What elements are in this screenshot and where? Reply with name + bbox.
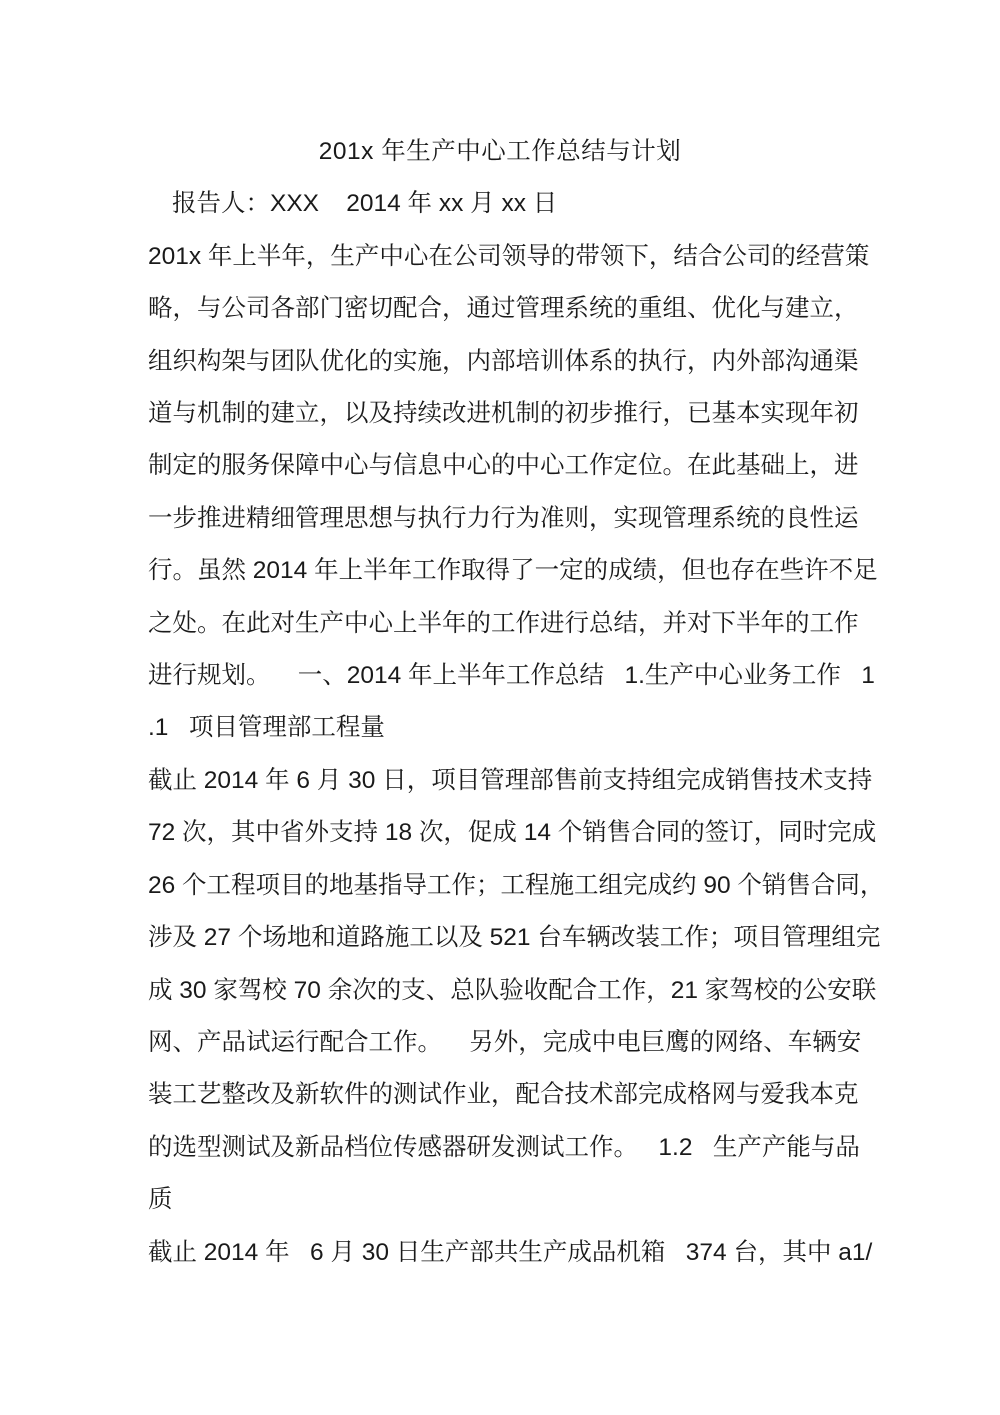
text-line: 截止 2014 年 6 月 30 日生产部共生产成品机箱 374 台，其中 a1… bbox=[148, 1227, 852, 1279]
text-line: 质 bbox=[148, 1174, 852, 1226]
text-line: 成 30 家驾校 70 余次的支、总队验收配合工作，21 家驾校的公安联 bbox=[148, 965, 852, 1017]
text-line: 道与机制的建立，以及持续改进机制的初步推行，已基本实现年初 bbox=[148, 388, 852, 440]
text-line: 涉及 27 个场地和道路施工以及 521 台车辆改装工作；项目管理组完 bbox=[148, 912, 852, 964]
text-line: 组织构架与团队优化的实施，内部培训体系的执行，内外部沟通渠 bbox=[148, 336, 852, 388]
text-line: 72 次，其中省外支持 18 次，促成 14 个销售合同的签订，同时完成 bbox=[148, 807, 852, 859]
text-line: 201x 年上半年，生产中心在公司领导的带领下，结合公司的经营策 bbox=[148, 231, 852, 283]
text-line: 截止 2014 年 6 月 30 日，项目管理部售前支持组完成销售技术支持 bbox=[148, 755, 852, 807]
text-line: 进行规划。 一、2014 年上半年工作总结 1.生产中心业务工作 1 bbox=[148, 650, 852, 702]
text-line: 行。虽然 2014 年上半年工作取得了一定的成绩，但也存在些许不足 bbox=[148, 545, 852, 597]
text-line: 装工艺整改及新软件的测试作业，配合技术部完成格网与爱我本克 bbox=[148, 1069, 852, 1121]
text-line: 之处。在此对生产中心上半年的工作进行总结，并对下半年的工作 bbox=[148, 598, 852, 650]
text-line: 网、产品试运行配合工作。 另外，完成中电巨鹰的网络、车辆安 bbox=[148, 1017, 852, 1069]
text-line: 制定的服务保障中心与信息中心的中心工作定位。在此基础上，进 bbox=[148, 440, 852, 492]
text-line: .1 项目管理部工程量 bbox=[148, 702, 852, 754]
document-title: 201x 年生产中心工作总结与计划 bbox=[148, 126, 852, 178]
text-line: 的选型测试及新品档位传感器研发测试工作。 1.2 生产产能与品 bbox=[148, 1122, 852, 1174]
text-line: 一步推进精细管理思想与执行力行为准则，实现管理系统的良性运 bbox=[148, 493, 852, 545]
text-line: 26 个工程项目的地基指导工作；工程施工组完成约 90 个销售合同， bbox=[148, 860, 852, 912]
text-line: 略，与公司各部门密切配合，通过管理系统的重组、优化与建立， bbox=[148, 283, 852, 335]
reporter-line: 报告人：XXX 2014 年 xx 月 xx 日 bbox=[148, 178, 852, 230]
document-page: 201x 年生产中心工作总结与计划 报告人：XXX 2014 年 xx 月 xx… bbox=[0, 0, 1000, 1415]
document-body: 201x 年上半年，生产中心在公司领导的带领下，结合公司的经营策略，与公司各部门… bbox=[148, 231, 852, 1279]
